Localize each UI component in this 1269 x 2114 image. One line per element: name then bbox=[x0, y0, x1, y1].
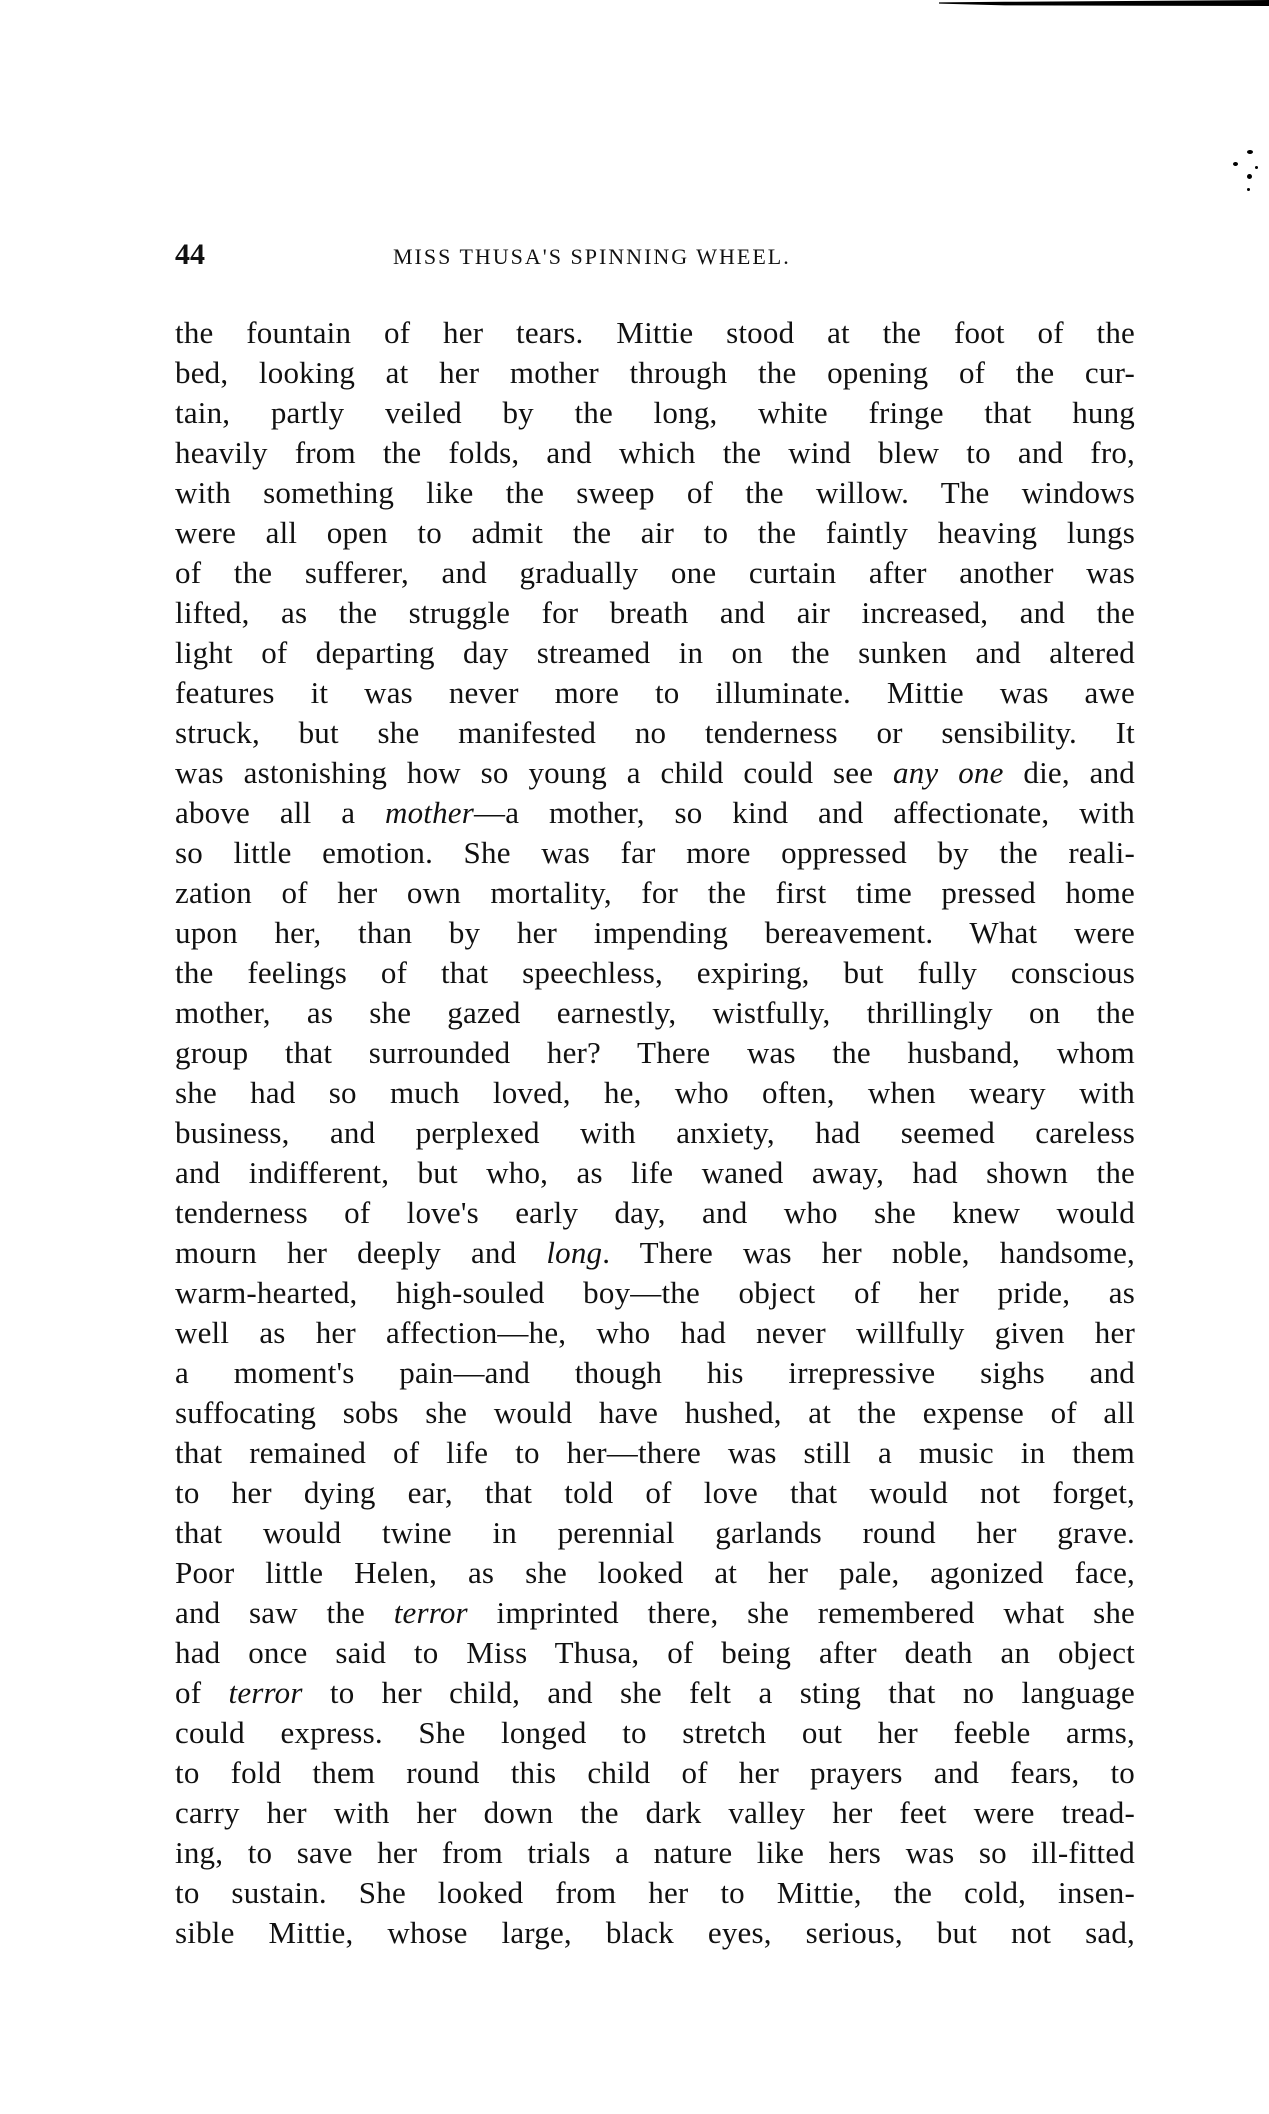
text-line: mother, as she gazed earnestly, wistfull… bbox=[175, 993, 1135, 1033]
italic-emphasis: terror bbox=[394, 1595, 468, 1630]
text-line: ing, to save her from trials a nature li… bbox=[175, 1833, 1135, 1873]
text-line: warm-hearted, high-souled boy—the object… bbox=[175, 1273, 1135, 1313]
text-line: and indifferent, but who, as life waned … bbox=[175, 1153, 1135, 1193]
running-head: MISS THUSA'S SPINNING WHEEL. bbox=[393, 244, 791, 270]
text-line: well as her affection—he, who had never … bbox=[175, 1313, 1135, 1353]
text-line: mourn her deeply and long. There was her… bbox=[175, 1233, 1135, 1273]
text-line: suffocating sobs she would have hushed, … bbox=[175, 1393, 1135, 1433]
text-line: tenderness of love's early day, and who … bbox=[175, 1193, 1135, 1233]
text-line: that remained of life to her—there was s… bbox=[175, 1433, 1135, 1473]
text-line: was astonishing how so young a child cou… bbox=[175, 753, 1135, 793]
text-line: group that surrounded her? There was the… bbox=[175, 1033, 1135, 1073]
text-line: business, and perplexed with anxiety, ha… bbox=[175, 1113, 1135, 1153]
text-line: to sustain. She looked from her to Mitti… bbox=[175, 1873, 1135, 1913]
text-line: of terror to her child, and she felt a s… bbox=[175, 1673, 1135, 1713]
text-line: above all a mother—a mother, so kind and… bbox=[175, 793, 1135, 833]
text-line: that would twine in perennial garlands r… bbox=[175, 1513, 1135, 1553]
text-line: lifted, as the struggle for breath and a… bbox=[175, 593, 1135, 633]
text-line: light of departing day streamed in on th… bbox=[175, 633, 1135, 673]
text-line: carry her with her down the dark valley … bbox=[175, 1793, 1135, 1833]
text-line: the feelings of that speechless, expirin… bbox=[175, 953, 1135, 993]
text-line: a moment's pain—and though his irrepress… bbox=[175, 1353, 1135, 1393]
text-line: struck, but she manifested no tenderness… bbox=[175, 713, 1135, 753]
text-line: of the sufferer, and gradually one curta… bbox=[175, 553, 1135, 593]
text-line: were all open to admit the air to the fa… bbox=[175, 513, 1135, 553]
text-line: she had so much loved, he, who often, wh… bbox=[175, 1073, 1135, 1113]
body-text: the fountain of her tears. Mittie stood … bbox=[175, 313, 1135, 1953]
text-line: could express. She longed to stretch out… bbox=[175, 1713, 1135, 1753]
italic-emphasis: long bbox=[546, 1235, 602, 1270]
text-line: so little emotion. She was far more oppr… bbox=[175, 833, 1135, 873]
italic-emphasis: any one bbox=[893, 755, 1004, 790]
text-line: the fountain of her tears. Mittie stood … bbox=[175, 313, 1135, 353]
text-line: heavily from the folds, and which the wi… bbox=[175, 433, 1135, 473]
text-line: features it was never more to illuminate… bbox=[175, 673, 1135, 713]
text-line: with something like the sweep of the wil… bbox=[175, 473, 1135, 513]
text-line: had once said to Miss Thusa, of being af… bbox=[175, 1633, 1135, 1673]
text-line: bed, looking at her mother through the o… bbox=[175, 353, 1135, 393]
text-line: zation of her own mortality, for the fir… bbox=[175, 873, 1135, 913]
italic-emphasis: terror bbox=[229, 1675, 303, 1710]
text-line: sible Mittie, whose large, black eyes, s… bbox=[175, 1913, 1135, 1953]
scan-specks-artifact bbox=[1221, 150, 1261, 210]
scan-edge-artifact bbox=[939, 0, 1269, 6]
page-number: 44 bbox=[175, 238, 205, 272]
text-line: to fold them round this child of her pra… bbox=[175, 1753, 1135, 1793]
text-line: and saw the terror imprinted there, she … bbox=[175, 1593, 1135, 1633]
text-line: Poor little Helen, as she looked at her … bbox=[175, 1553, 1135, 1593]
text-line: upon her, than by her impending bereavem… bbox=[175, 913, 1135, 953]
italic-emphasis: mother bbox=[385, 795, 474, 830]
text-line: tain, partly veiled by the long, white f… bbox=[175, 393, 1135, 433]
text-line: to her dying ear, that told of love that… bbox=[175, 1473, 1135, 1513]
page-header: 44 MISS THUSA'S SPINNING WHEEL. bbox=[175, 238, 1135, 278]
